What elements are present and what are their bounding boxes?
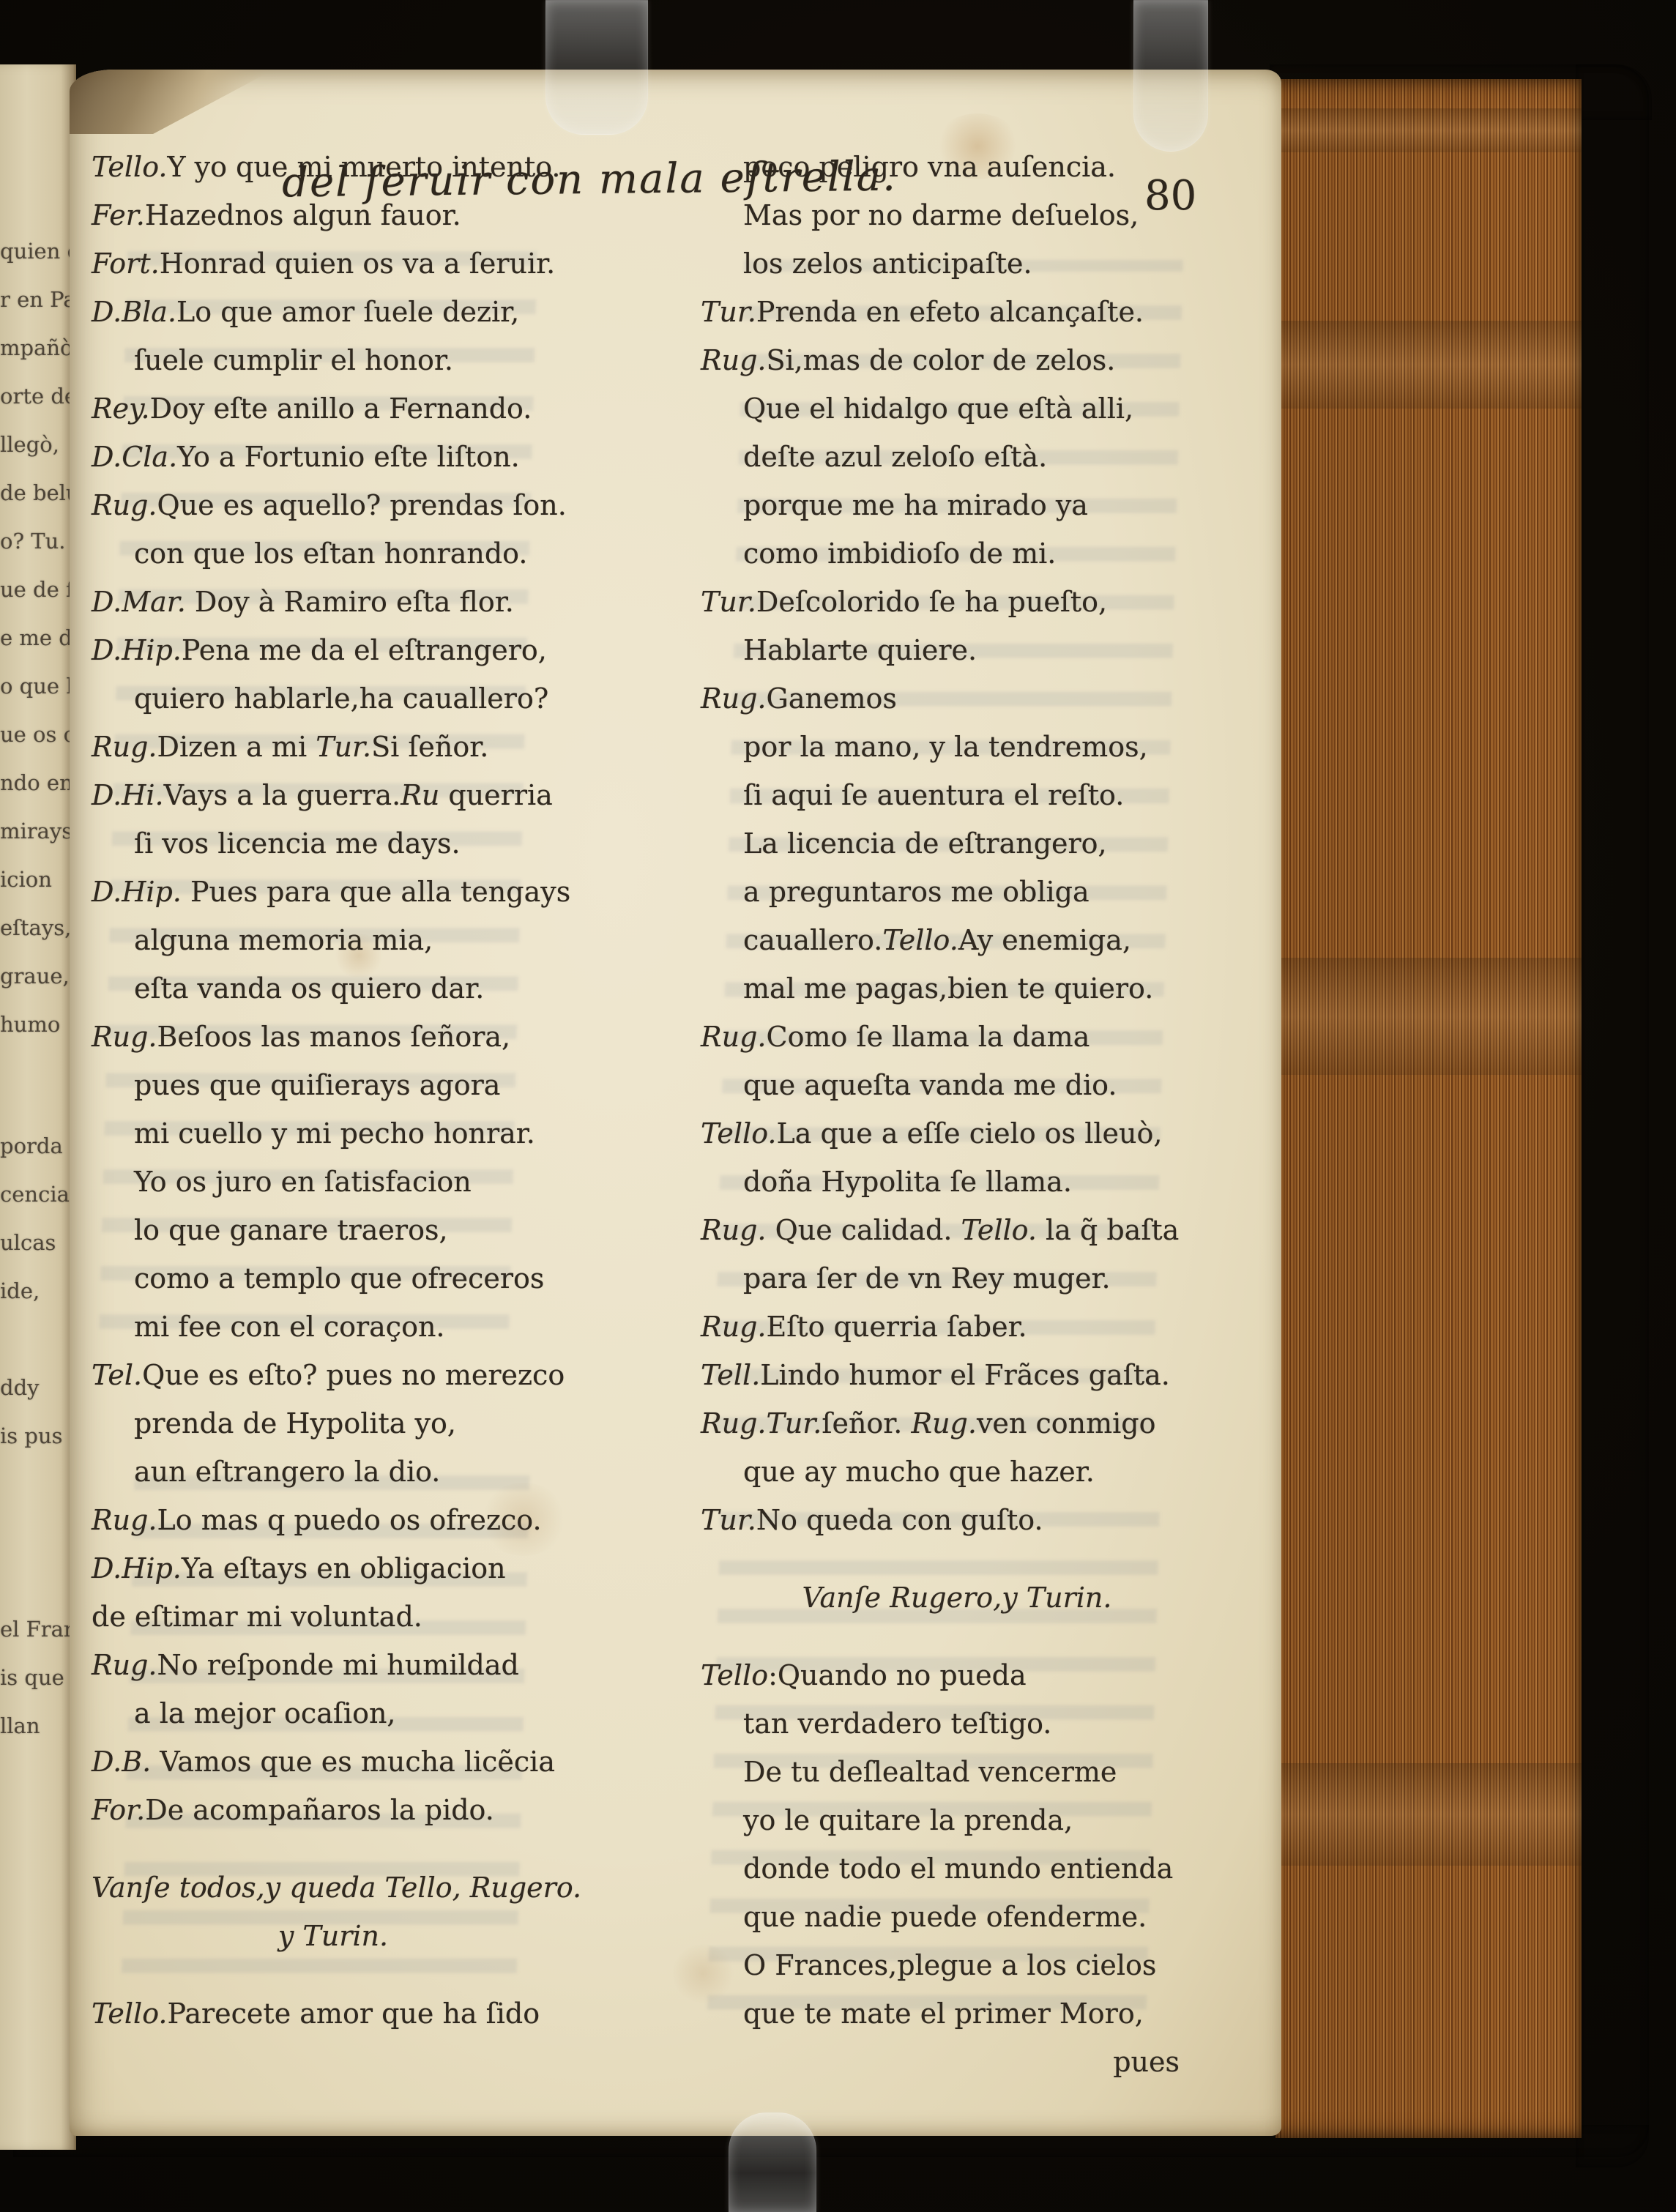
verse-line: doña Hypolita ſe llama. (701, 1159, 1213, 1207)
previous-page-text-fragment: ddy (0, 1377, 70, 1399)
verse-line: Rug.Que es aquello? prendas ſon. (92, 483, 575, 531)
verse-line: Rug.Lo mas q puedo os ofrezco. (92, 1497, 575, 1546)
previous-page-text-fragment: porda (0, 1135, 70, 1157)
previous-page-text-fragment: is que es (0, 1667, 70, 1688)
verse-line: de eſtimar mi voluntad. (92, 1594, 575, 1642)
verse-line: Tur.No queda con guſto. (701, 1497, 1213, 1546)
book-cradle-strap-top-right (1133, 0, 1208, 152)
verse-line: los zelos anticipaſte. (701, 241, 1213, 289)
verse-line: Tello:Quando no pueda (701, 1653, 1213, 1701)
verse-line: Fer.Hazednos algun fauor. (92, 193, 575, 241)
previous-page-text-fragment: r en Pala (0, 288, 70, 310)
verse-line: quiero hablarle,ha cauallero? (92, 676, 575, 724)
verse-line: Que el hidalgo que eſtà alli, (701, 386, 1213, 434)
verse-line: Tel.Que es eſto? pues no merezco (92, 1352, 575, 1401)
previous-page-text-fragment: icion (0, 868, 70, 890)
verse-line: Rug.Eſto querria ſaber. (701, 1304, 1213, 1352)
verse-line: ſi vos licencia me days. (92, 821, 575, 869)
verse-line: Fort.Honrad quien os va a ſeruir. (92, 241, 575, 289)
book-fore-edge (1275, 79, 1582, 2138)
verse-line: Rug. Que calidad. Tello. la q̃ baſta (701, 1207, 1213, 1256)
verse-line: D.Hip. Pues para que alla tengays (92, 869, 575, 917)
previous-page-text-fragment: mirays, (0, 820, 70, 842)
fore-edge-band (1275, 958, 1582, 1075)
verse-line: D.Hip.Ya eſtays en obligacion (92, 1546, 575, 1594)
previous-page-text-fragment: llegò, (0, 433, 70, 455)
verse-line: Tello.Y yo que mi muerto intento. (92, 144, 575, 193)
verse-line: D.B. Vamos que es mucha licẽcia (92, 1739, 575, 1787)
verse-line: D.Hi.Vays a la guerra.Ru querria (92, 772, 575, 821)
previous-page-text-fragment: ide, (0, 1280, 70, 1302)
text-column-left: Tello.Y yo que mi muerto intento.Fer.Haz… (92, 144, 575, 2039)
verse-line: Tell.Lindo humor el Frãces gaſta. (701, 1352, 1213, 1401)
verse-line: yo le quitare la prenda, (701, 1798, 1213, 1846)
verse-line: Rug.No reſponde mi humildad (92, 1642, 575, 1691)
previous-page-text-fragment: o? Tu. A ſ (0, 530, 70, 552)
verse-line: Rug.Ganemos (701, 676, 1213, 724)
verse-line: D.Cla.Yo a Fortunio eſte liſton. (92, 434, 575, 483)
verse-line: con que los eſtan honrando. (92, 531, 575, 579)
stage-direction: y Turin. (92, 1913, 575, 1962)
book-page: del ſeruir con mala eſtrella. 80 Tello.Y… (70, 70, 1281, 2136)
verse-line: por la mano, y la tendremos, (701, 724, 1213, 772)
verse-line: Tur.Deſcolorido ſe ha pueſto, (701, 579, 1213, 628)
previous-page-text-fragment: graue, (0, 965, 70, 987)
verse-line: D.Hip.Pena me da el eſtrangero, (92, 628, 575, 676)
verse-line: Rug.Como ſe llama la dama (701, 1014, 1213, 1062)
previous-page-text-fragment: mpañò, (0, 337, 70, 359)
previous-page-text-fragment: de beluer (0, 482, 70, 504)
verse-line: Tello.Parecete amor que ha ſido (92, 1991, 575, 2039)
verse-line: porque me ha mirado ya (701, 483, 1213, 531)
verse-line: que te mate el primer Moro, (701, 1991, 1213, 2039)
verse-line: Rug.Tur.ſeñor. Rug.ven conmigo (701, 1401, 1213, 1449)
verse-line: mal me pagas,bien te quiero. (701, 966, 1213, 1014)
verse-line: Yo os juro en ſatisfacion (92, 1159, 575, 1207)
verse-line: D.Bla.Lo que amor ſuele dezir, (92, 289, 575, 338)
verse-line: a preguntaros me obliga (701, 869, 1213, 917)
gold-tooled-border-right (1576, 64, 1649, 2167)
stage-direction: Vanſe todos,y queda Tello, Rugero. (92, 1865, 575, 1913)
verse-line: para ſer de vn Rey muger. (701, 1256, 1213, 1304)
catchword: pues (701, 2039, 1213, 2088)
previous-page-text-fragment: e me dezi, (0, 627, 70, 649)
previous-page-text-fragment: cencia (0, 1183, 70, 1205)
verse-line: aun eſtrangero la dio. (92, 1449, 575, 1497)
verse-line: pues que quiſierays agora (92, 1062, 575, 1111)
verse-line: For.De acompañaros la pido. (92, 1787, 575, 1836)
verse-line: mi fee con el coraçon. (92, 1304, 575, 1352)
book-photo: quien engr en Palampañò,orte de Eſllegò,… (0, 0, 1676, 2212)
verse-line: deſte azul zeloſo eſtà. (701, 434, 1213, 483)
verse-line: mi cuello y mi pecho honrar. (92, 1111, 575, 1159)
verse-line: ſi aqui ſe auentura el reſto. (701, 772, 1213, 821)
verse-line: O Frances,plegue a los cielos (701, 1943, 1213, 1991)
fore-edge-band (1275, 321, 1582, 409)
verse-line: Rug.Beſoos las manos ſeñora, (92, 1014, 575, 1062)
previous-page-text-fragment: o que h (0, 675, 70, 697)
previous-page-text-fragment: quien eng (0, 240, 70, 262)
verse-line: tan verdadero teſtigo. (701, 1701, 1213, 1749)
verse-line: Rug.Dizen a mi Tur.Si ſeñor. (92, 724, 575, 772)
verse-line: La licencia de eſtrangero, (701, 821, 1213, 869)
previous-page-text-fragment: llan (0, 1715, 70, 1737)
book-cradle-strap-top-left (545, 0, 648, 135)
verse-line: ſuele cumplir el honor. (92, 338, 575, 386)
verse-line: a la mejor ocaſion, (92, 1691, 575, 1739)
verse-line: Tello.La que a eſſe cielo os lleuò, (701, 1111, 1213, 1159)
text-column-right: poco peligro vna auſencia.Mas por no dar… (701, 144, 1213, 2088)
verse-line: Rey.Doy eſte anillo a Fernando. (92, 386, 575, 434)
verse-line: que aqueſta vanda me dio. (701, 1062, 1213, 1111)
verse-line: cauallero.Tello.Ay enemiga, (701, 917, 1213, 966)
verse-line: lo que ganare traeros, (92, 1207, 575, 1256)
fore-edge-band (1275, 1763, 1582, 1866)
book-cradle-strap-bottom (729, 2112, 816, 2212)
verse-line: eſta vanda os quiero dar. (92, 966, 575, 1014)
previous-page-text-fragment: eſtays, (0, 917, 70, 939)
verse-line: Tur.Prenda en efeto alcançaſte. (701, 289, 1213, 338)
verse-line: Rug.Si,mas de color de zelos. (701, 338, 1213, 386)
fore-edge-band (1275, 108, 1582, 152)
previous-page-text-fragment: ulcas (0, 1232, 70, 1254)
previous-page-text-fragment: ue os cub (0, 723, 70, 745)
verse-line: prenda de Hypolita yo, (92, 1401, 575, 1449)
verse-line: Mas por no darme deſuelos, (701, 193, 1213, 241)
previous-page-text-fragment: humo (0, 1013, 70, 1035)
verse-line: como a templo que ofreceros (92, 1256, 575, 1304)
stage-direction: Vanſe Rugero,y Turin. (701, 1575, 1213, 1623)
verse-line: que ay mucho que hazer. (701, 1449, 1213, 1497)
verse-line: que nadie puede ofenderme. (701, 1894, 1213, 1943)
verse-line: De tu deſlealtad vencerme (701, 1749, 1213, 1798)
previous-page-text-fragment: el Francẽ (0, 1618, 70, 1640)
previous-page-text-fragment: orte de Eſ (0, 385, 70, 407)
verse-line: alguna memoria mia, (92, 917, 575, 966)
verse-line: poco peligro vna auſencia. (701, 144, 1213, 193)
verse-line: donde todo el mundo entienda (701, 1846, 1213, 1894)
verse-line: D.Mar. Doy à Ramiro eſta flor. (92, 579, 575, 628)
previous-page-text-fragment: is pus (0, 1425, 70, 1447)
previous-page-edge: quien engr en Palampañò,orte de Eſllegò,… (0, 64, 76, 2150)
verse-line: como imbidioſo de mi. (701, 531, 1213, 579)
previous-page-text-fragment: ndo entr (0, 772, 70, 794)
verse-line: Hablarte quiere. (701, 628, 1213, 676)
page-corner-shadow (70, 70, 285, 134)
previous-page-text-fragment: ue de ſer, (0, 578, 70, 600)
